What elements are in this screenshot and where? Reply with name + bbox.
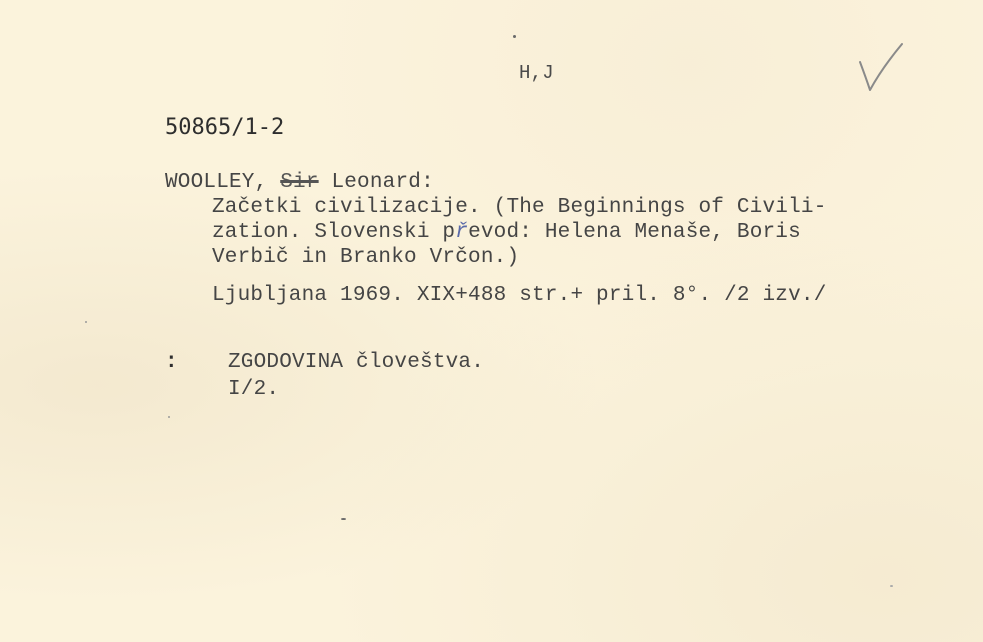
title-line-2-after: evod: Helena Menaše, Boris [468, 221, 801, 244]
author-given-name: Leonard: [331, 171, 433, 194]
author-struck-title: Sir [280, 171, 318, 194]
title-line: Začetki civilizacije. (The Beginnings of… [212, 195, 827, 221]
catalog-card: H,J 50865/1-2 WOOLLEY, Sir Leonard: Zače… [0, 0, 983, 642]
series-volume: I/2. [228, 377, 279, 403]
title-line-2-before: zation. Slovenski p [212, 221, 455, 244]
paper-speck [341, 518, 346, 520]
paper-speck [168, 416, 170, 418]
shelf-number: 50865/1-2 [165, 115, 284, 141]
call-number-top: H,J [519, 60, 554, 86]
author-heading: WOOLLEY, Sir Leonard: [165, 170, 434, 196]
imprint-line: Ljubljana 1969. XIX+488 str.+ pril. 8°. … [212, 283, 827, 309]
series-marker: : [165, 350, 178, 376]
checkmark-icon [856, 40, 906, 95]
paper-speck [85, 321, 87, 323]
author-surname: WOOLLEY, [165, 171, 267, 194]
series-title: ZGODOVINA človeštva. [228, 350, 484, 376]
paper-speck [513, 35, 516, 38]
title-line: Verbič in Branko Vrčon.) [212, 245, 519, 271]
handwritten-correction: ř [455, 221, 468, 244]
title-line: zation. Slovenski převod: Helena Menaše,… [212, 220, 801, 246]
paper-speck [890, 585, 893, 587]
